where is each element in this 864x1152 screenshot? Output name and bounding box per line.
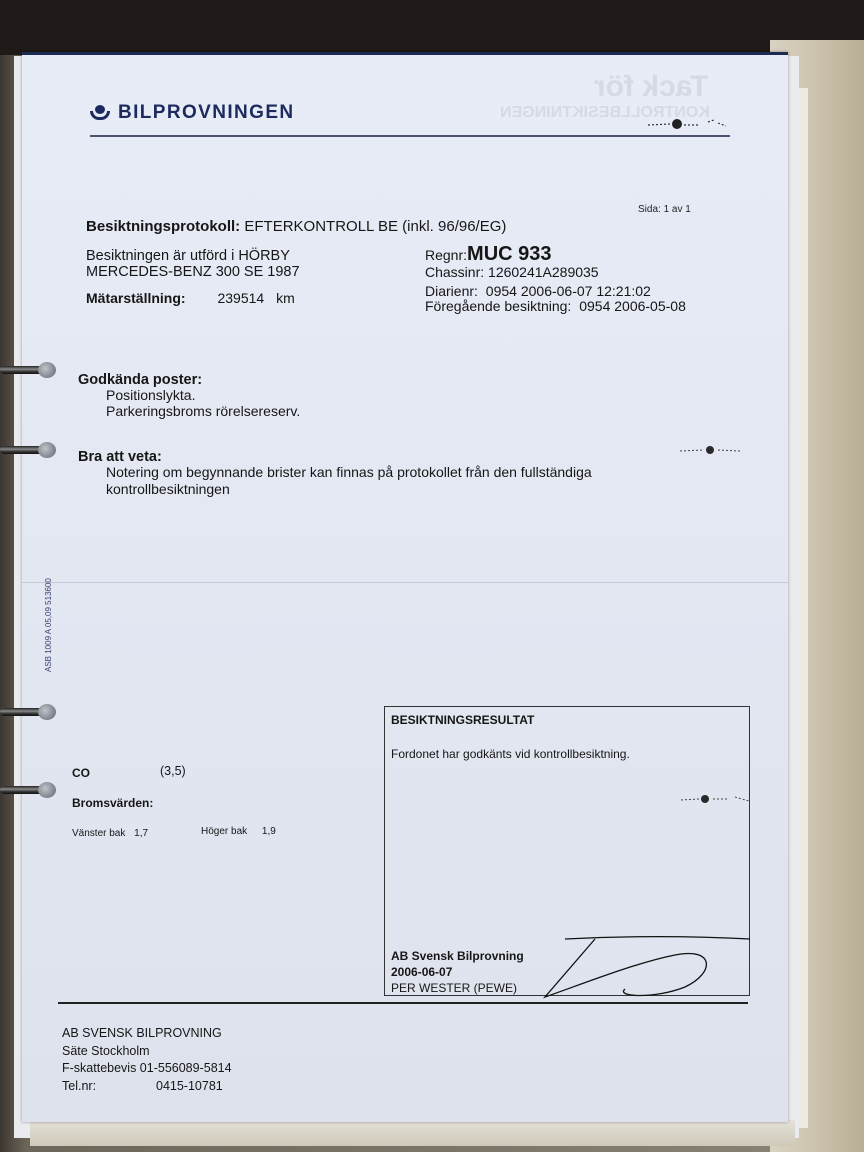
binder-ring xyxy=(0,440,58,462)
footer-seat: Säte Stockholm xyxy=(62,1043,232,1061)
diary-value: 0954 2006-06-07 12:21:02 xyxy=(486,283,651,299)
page-of-label: av xyxy=(672,204,683,215)
brake-right-rear-label: Höger bak xyxy=(201,826,247,837)
brand-name: BILPROVNINGEN xyxy=(118,102,295,124)
brake-left-rear-label: Vänster bak xyxy=(72,828,125,839)
footer-phone: 0415-10781 xyxy=(156,1078,223,1096)
inspection-location: Besiktningen är utförd i HÖRBY xyxy=(86,248,290,264)
good-to-know-text: Notering om begynnande brister kan finna… xyxy=(106,464,592,480)
previous-inspection-line: Föregående besiktning: 0954 2006-05-08 xyxy=(425,298,686,314)
good-to-know-heading: Bra att veta: xyxy=(78,449,162,465)
footer-company: AB SVENSK BILPROVNING xyxy=(62,1025,232,1043)
page-total: 1 xyxy=(685,204,691,215)
chassis-line: Chassinr: 1260241A289035 xyxy=(425,264,599,280)
background-dark xyxy=(0,0,864,55)
diary-line: Diarienr: 0954 2006-06-07 12:21:02 xyxy=(425,283,651,299)
signer-organization: AB Svensk Bilprovning xyxy=(391,949,524,963)
protocol-label: Besiktningsprotokoll: xyxy=(86,218,240,235)
inspector-name: PER WESTER (PEWE) xyxy=(391,981,517,995)
handwritten-signature-icon xyxy=(525,933,755,1003)
co-label: CO xyxy=(72,766,90,780)
bilprovningen-logo: BILPROVNINGEN xyxy=(90,102,295,124)
inspection-protocol-page: Tack för KONTROLLBESIKTNINGEN BILPROVNIN… xyxy=(22,52,788,1122)
result-title: BESIKTNINGSRESULTAT xyxy=(391,713,534,727)
co-value: (3,5) xyxy=(160,764,186,778)
odometer-value: 239514 xyxy=(217,290,264,306)
regnr-label: Regnr: xyxy=(425,247,467,263)
brake-left-rear-value: 1,7 xyxy=(134,828,148,839)
previous-inspection-label: Föregående besiktning: xyxy=(425,298,571,314)
paper-fold xyxy=(22,582,788,583)
odometer-unit: km xyxy=(276,290,295,306)
footer-phone-label: Tel.nr: xyxy=(62,1078,156,1096)
chassis-label: Chassinr: xyxy=(425,264,484,280)
form-code: ASB 1009 A 05,09 513600 xyxy=(44,578,53,672)
result-text: Fordonet har godkänts vid kontrollbesikt… xyxy=(391,747,630,761)
chassis-value: 1260241A289035 xyxy=(488,264,599,280)
bilprovningen-logo-icon xyxy=(90,105,110,121)
brake-values-heading: Bromsvärden: xyxy=(72,796,153,810)
show-through-heading: Tack för xyxy=(594,70,708,104)
previous-inspection-value: 0954 2006-05-08 xyxy=(579,298,686,314)
vehicle-model: MERCEDES-BENZ 300 SE 1987 xyxy=(86,264,300,280)
page-indicator: Sida: 1 av 1 xyxy=(638,204,691,215)
page-current: 1 xyxy=(664,204,670,215)
good-to-know-text: kontrollbesiktningen xyxy=(106,481,230,497)
ink-smudge-icon xyxy=(675,791,755,807)
page-top-edge xyxy=(22,52,788,55)
page-label: Sida: xyxy=(638,204,661,215)
company-footer: AB SVENSK BILPROVNING Säte Stockholm F-s… xyxy=(62,1025,232,1095)
approved-items-heading: Godkända poster: xyxy=(78,372,202,388)
underlying-page-edge xyxy=(30,1120,795,1146)
signature-date: 2006-06-07 xyxy=(391,965,452,979)
brake-right-rear-value: 1,9 xyxy=(262,826,276,837)
odometer-label: Mätarställning: xyxy=(86,290,186,306)
footer-tax-certificate: F-skattebevis 01-556089-5814 xyxy=(62,1060,232,1078)
inspection-result-box: BESIKTNINGSRESULTAT Fordonet har godkänt… xyxy=(384,706,750,996)
binder-ring xyxy=(0,702,58,724)
footer-rule xyxy=(58,1002,748,1004)
binder-ring xyxy=(0,360,58,382)
regnr-line: Regnr:MUC 933 xyxy=(425,243,552,266)
binder-ring xyxy=(0,780,58,802)
ink-smudge-icon xyxy=(670,442,750,458)
footer-phone-row: Tel.nr: 0415-10781 xyxy=(62,1078,232,1096)
brake-left-rear: Vänster bak 1,7 xyxy=(72,828,148,839)
diary-label: Diarienr: xyxy=(425,283,478,299)
brake-right-rear: Höger bak 1,9 xyxy=(201,826,276,837)
protocol-type: EFTERKONTROLL BE (inkl. 96/96/EG) xyxy=(244,218,506,235)
protocol-line: Besiktningsprotokoll: EFTERKONTROLL BE (… xyxy=(86,218,506,235)
ink-smudge-icon xyxy=(644,114,734,134)
regnr-value: MUC 933 xyxy=(467,243,551,265)
approved-item: Parkeringsbroms rörelsereserv. xyxy=(106,403,300,419)
odometer-line: Mätarställning: 239514 km xyxy=(86,290,295,306)
header-rule xyxy=(90,135,730,137)
approved-item: Positionslykta. xyxy=(106,387,195,403)
